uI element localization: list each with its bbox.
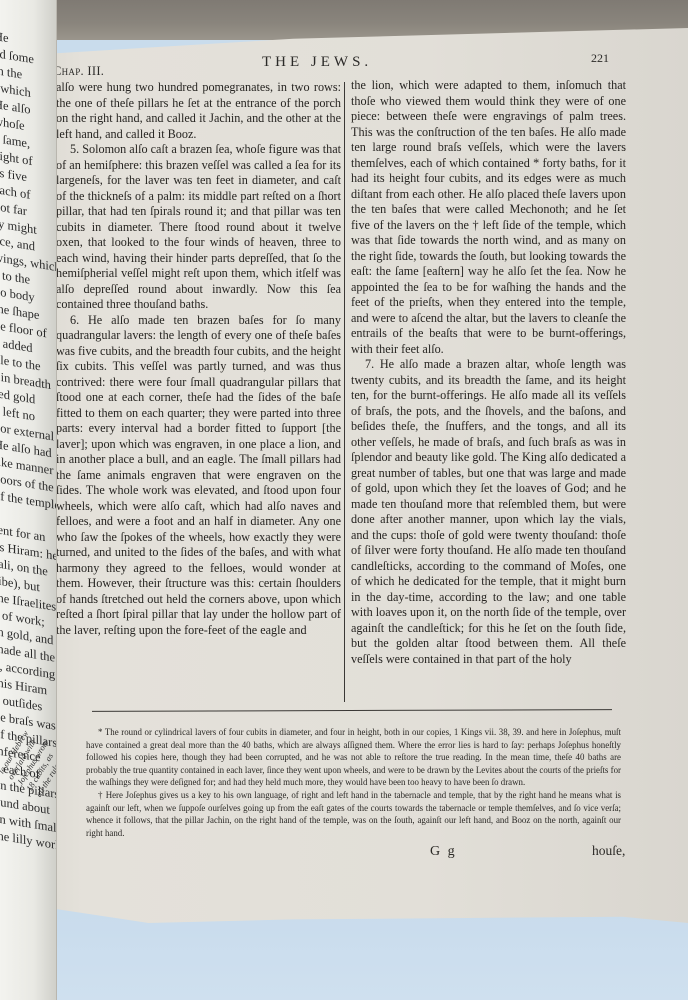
signature-mark: G g	[430, 844, 457, 860]
page-number: 221	[591, 51, 609, 66]
right-column: the lion, which were adapted to them, in…	[351, 78, 626, 667]
running-head: Chap. III. THE JEWS. 221	[0, 54, 688, 74]
footnote-mark: †	[98, 790, 103, 800]
page-title: THE JEWS.	[262, 54, 372, 71]
paragraph: 7. He alſo made a brazen altar, whoſe le…	[351, 357, 626, 667]
footnote-text: The round or cylindrical lavers of four …	[86, 727, 621, 787]
previous-page-edge: Head ſometh the, whichHe alſowhoſee ſame…	[0, 0, 57, 1000]
paragraph: 5. Solomon alſo caſt a brazen ſea, whoſe…	[56, 142, 341, 313]
catchword: houſe,	[592, 843, 625, 859]
paragraph: alſo were hung two hundred pomegranates,…	[56, 80, 341, 142]
footnote-text: Here Joſephus gives us a key to his own …	[86, 790, 621, 838]
footnote: * The round or cylindrical lavers of fou…	[86, 726, 621, 789]
paragraph: 6. He alſo made ten brazen baſes for ſo …	[56, 313, 341, 639]
column-divider	[344, 82, 345, 702]
footnote: † Here Joſephus gives us a key to his ow…	[86, 789, 621, 839]
left-column: alſo were hung two hundred pomegranates,…	[56, 80, 341, 638]
chapter-label: Chap. III.	[53, 64, 104, 79]
paragraph: the lion, which were adapted to them, in…	[351, 78, 626, 357]
footnotes: * The round or cylindrical lavers of fou…	[86, 726, 621, 839]
footnote-mark: *	[98, 727, 102, 737]
